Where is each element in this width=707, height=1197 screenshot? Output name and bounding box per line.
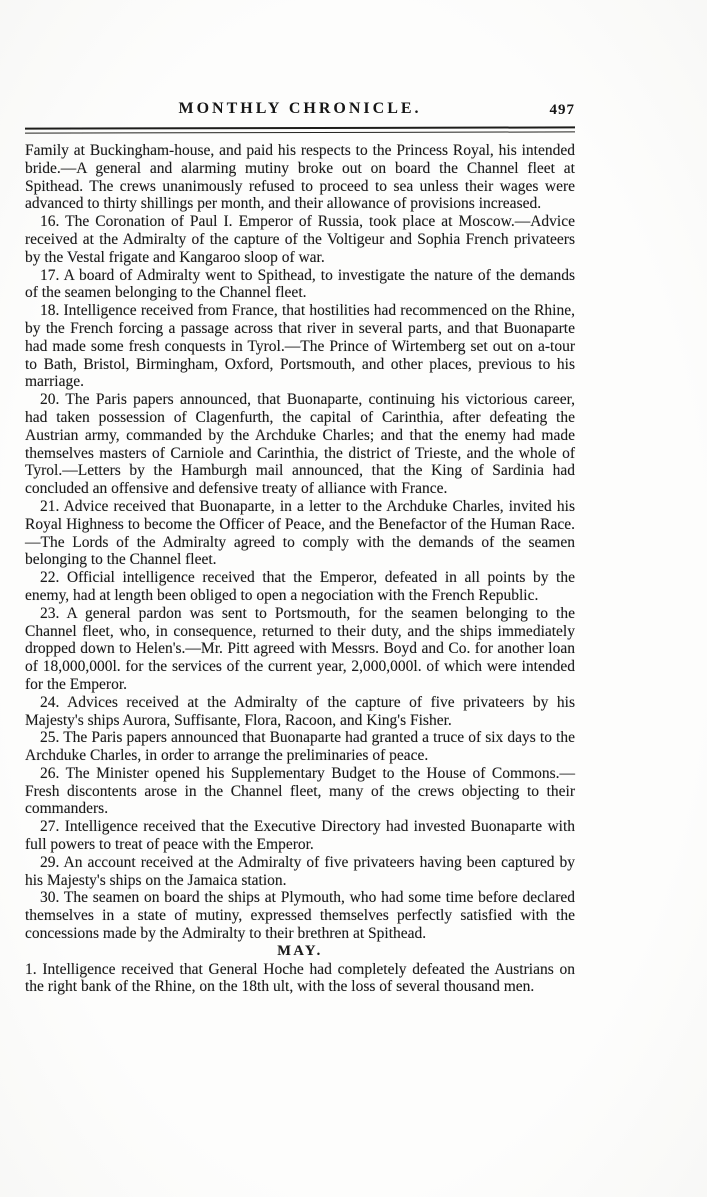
page-title: MONTHLY CHRONICLE. — [178, 100, 421, 117]
entry-23: 23. A general pardon was sent to Portsmo… — [25, 605, 575, 694]
entry-18: 18. Intelligence received from France, t… — [25, 302, 575, 391]
running-head: MONTHLY CHRONICLE. 497 — [25, 100, 575, 122]
entry-continuation: Family at Buckingham-house, and paid his… — [25, 142, 575, 213]
entry-26: 26. The Minister opened his Supplementar… — [25, 765, 575, 818]
scanned-page: MONTHLY CHRONICLE. 497 Family at Bucking… — [0, 0, 707, 1197]
entry-16: 16. The Coronation of Paul I. Emperor of… — [25, 213, 575, 266]
entry-17: 17. A board of Admiralty went to Spithea… — [25, 267, 575, 303]
entry-may-1: 1. Intelligence received that General Ho… — [25, 961, 575, 997]
entry-25: 25. The Paris papers announced that Buon… — [25, 729, 575, 765]
entry-20: 20. The Paris papers announced, that Buo… — [25, 391, 575, 498]
entry-27: 27. Intelligence received that the Execu… — [25, 818, 575, 854]
section-heading-may: MAY. — [25, 943, 575, 961]
entry-29: 29. An account received at the Admiralty… — [25, 854, 575, 890]
entry-22: 22. Official intelligence received that … — [25, 569, 575, 605]
page-number: 497 — [550, 102, 576, 119]
entry-21: 21. Advice received that Buonaparte, in … — [25, 498, 575, 569]
header-rule — [25, 126, 575, 133]
text-column: MONTHLY CHRONICLE. 497 Family at Bucking… — [25, 100, 575, 996]
entry-24: 24. Advices received at the Admiralty of… — [25, 694, 575, 730]
chronicle-body: Family at Buckingham-house, and paid his… — [25, 142, 575, 996]
entry-30: 30. The seamen on board the ships at Ply… — [25, 889, 575, 942]
